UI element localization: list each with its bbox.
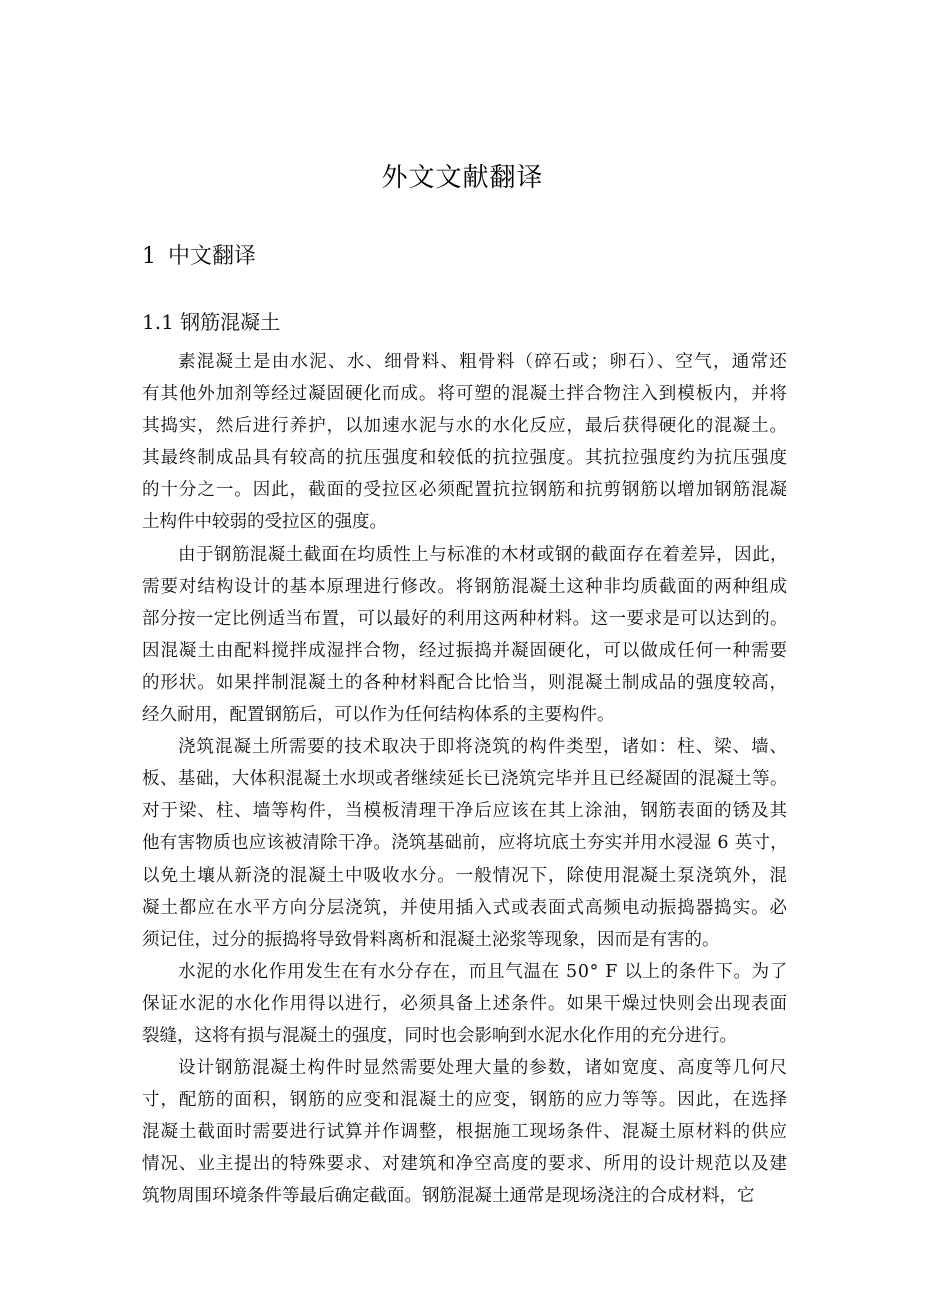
text-line: 对于梁、柱、墙等构件，当模板清理干净后应该在其上涂油，钢筋表面的锈及其 bbox=[142, 795, 788, 827]
text-line: 的十分之一。因此，截面的受拉区必须配置抗拉钢筋和抗剪钢筋以增加钢筋混凝 bbox=[142, 474, 788, 506]
document-page: 外文文献翻译 1中文翻译 1.1 钢筋混凝土 素混凝土是由水泥、水、细骨料、粗骨… bbox=[0, 0, 925, 1309]
section-label: 中文翻译 bbox=[168, 244, 256, 269]
text-line: 其最终制成品具有较高的抗压强度和较低的抗拉强度。其抗拉强度约为抗压强度 bbox=[142, 442, 788, 474]
text-line: 经久耐用，配置钢筋后，可以作为任何结构体系的主要构件。 bbox=[142, 699, 788, 731]
text-line: 他有害物质也应该被清除干净。浇筑基础前，应将坑底土夯实并用水浸湿 6 英寸， bbox=[142, 827, 788, 859]
text-line: 保证水泥的水化作用得以进行，必须具备上述条件。如果干燥过快则会出现表面 bbox=[142, 988, 788, 1020]
text-line: 水泥的水化作用发生在有水分存在，而且气温在 50° F 以上的条件下。为了 bbox=[142, 956, 788, 988]
text-line: 以免土壤从新浇的混凝土中吸收水分。一般情况下，除使用混凝土泵浇筑外，混 bbox=[142, 860, 788, 892]
text-line: 浇筑混凝土所需要的技术取决于即将浇筑的构件类型，诸如：柱、梁、墙、 bbox=[142, 731, 788, 763]
document-title: 外文文献翻译 bbox=[0, 158, 925, 198]
text-line: 素混凝土是由水泥、水、细骨料、粗骨料（碎石或；卵石）、空气，通常还 bbox=[142, 346, 788, 378]
text-line: 裂缝，这将有损与混凝土的强度，同时也会影响到水泥水化作用的充分进行。 bbox=[142, 1020, 788, 1052]
paragraph: 素混凝土是由水泥、水、细骨料、粗骨料（碎石或；卵石）、空气，通常还有其他外加剂等… bbox=[142, 346, 788, 539]
text-line: 有其他外加剂等经过凝固硬化而成。将可塑的混凝土拌合物注入到模板内，并将 bbox=[142, 378, 788, 410]
text-line: 设计钢筋混凝土构件时显然需要处理大量的参数，诸如宽度、高度等几何尺 bbox=[142, 1052, 788, 1084]
subsection-heading: 1.1 钢筋混凝土 bbox=[142, 305, 280, 339]
text-line: 由于钢筋混凝土截面在均质性上与标准的木材或钢的截面存在着差异，因此， bbox=[142, 539, 788, 571]
text-line: 板、基础，大体积混凝土水坝或者继续延长已浇筑完毕并且已经凝固的混凝土等。 bbox=[142, 763, 788, 795]
paragraph: 水泥的水化作用发生在有水分存在，而且气温在 50° F 以上的条件下。为了保证水… bbox=[142, 956, 788, 1052]
section-heading: 1中文翻译 bbox=[142, 240, 256, 274]
text-line: 部分按一定比例适当布置，可以最好的利用这两种材料。这一要求是可以达到的。 bbox=[142, 603, 788, 635]
text-line: 土构件中较弱的受拉区的强度。 bbox=[142, 506, 788, 538]
text-line: 的形状。如果拌制混凝土的各种材料配合比恰当，则混凝土制成品的强度较高， bbox=[142, 667, 788, 699]
body-text: 素混凝土是由水泥、水、细骨料、粗骨料（碎石或；卵石）、空气，通常还有其他外加剂等… bbox=[142, 346, 788, 1213]
text-line: 情况、业主提出的特殊要求、对建筑和净空高度的要求、所用的设计规范以及建 bbox=[142, 1148, 788, 1180]
section-number: 1 bbox=[142, 244, 156, 269]
text-line: 需要对结构设计的基本原理进行修改。将钢筋混凝土这种非均质截面的两种组成 bbox=[142, 571, 788, 603]
text-line: 凝土都应在水平方向分层浇筑，并使用插入式或表面式高频电动振捣器捣实。必 bbox=[142, 892, 788, 924]
text-line: 须记住，过分的振捣将导致骨料离析和混凝土泌浆等现象，因而是有害的。 bbox=[142, 924, 788, 956]
text-line: 因混凝土由配料搅拌成湿拌合物，经过振捣并凝固硬化，可以做成任何一种需要 bbox=[142, 635, 788, 667]
paragraph: 浇筑混凝土所需要的技术取决于即将浇筑的构件类型，诸如：柱、梁、墙、板、基础，大体… bbox=[142, 731, 788, 956]
text-line: 其捣实，然后进行养护，以加速水泥与水的水化反应，最后获得硬化的混凝土。 bbox=[142, 410, 788, 442]
text-line: 混凝土截面时需要进行试算并作调整，根据施工现场条件、混凝土原材料的供应 bbox=[142, 1116, 788, 1148]
paragraph: 由于钢筋混凝土截面在均质性上与标准的木材或钢的截面存在着差异，因此，需要对结构设… bbox=[142, 539, 788, 732]
text-line: 筑物周围环境条件等最后确定截面。钢筋混凝土通常是现场浇注的合成材料，它 bbox=[142, 1180, 788, 1212]
text-line: 寸，配筋的面积，钢筋的应变和混凝土的应变，钢筋的应力等等。因此，在选择 bbox=[142, 1084, 788, 1116]
paragraph: 设计钢筋混凝土构件时显然需要处理大量的参数，诸如宽度、高度等几何尺寸，配筋的面积… bbox=[142, 1052, 788, 1212]
